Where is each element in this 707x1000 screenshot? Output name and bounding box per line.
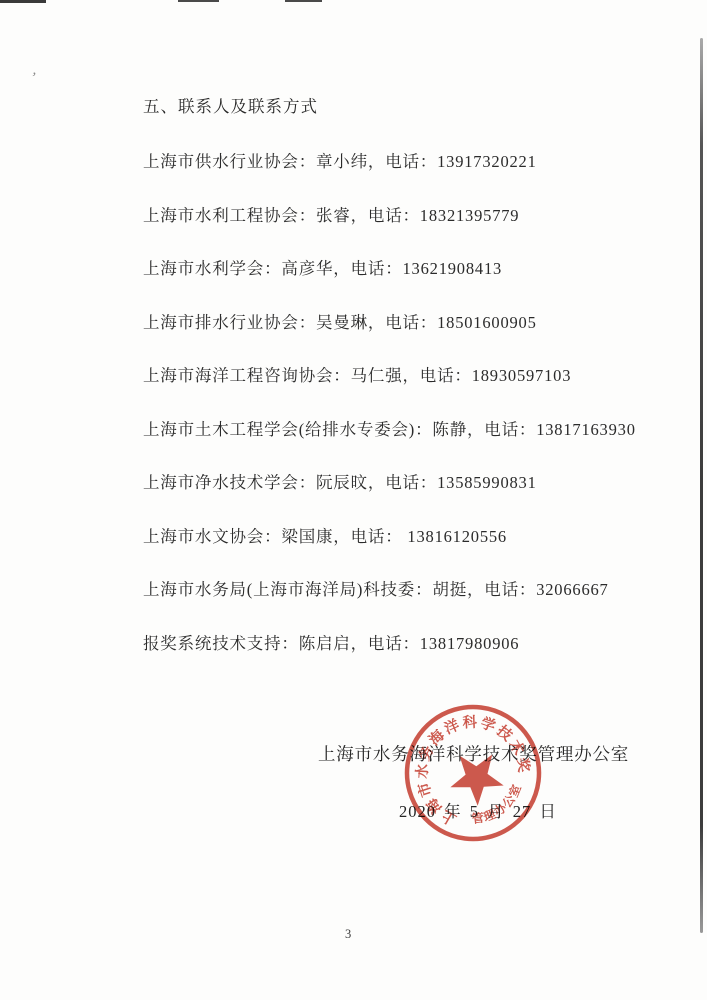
contact-line: 报奖系统技术支持：陈启启，电话：13817980906 xyxy=(143,633,636,687)
scan-artifact-top-middle xyxy=(178,0,219,2)
document-page: , 五、联系人及联系方式 上海市供水行业协会：章小纬，电话：1391732022… xyxy=(0,0,707,1000)
contact-text: 上海市水务局(上海市海洋局)科技委：胡挺，电话：32066667 xyxy=(143,580,609,599)
page-number: 3 xyxy=(345,927,351,942)
seal-ring xyxy=(380,680,565,865)
official-seal-stamp: 上海市水务海洋科学技术奖 管理办公室 xyxy=(361,661,586,886)
contact-line: 上海市水利学会：高彦华，电话：13621908413 xyxy=(143,258,636,312)
contact-text: 报奖系统技术支持：陈启启，电话：13817980906 xyxy=(143,634,519,653)
contact-line: 上海市水文协会：梁国康，电话： 13816120556 xyxy=(143,526,636,580)
contact-list: 上海市供水行业协会：章小纬，电话：13917320221 上海市水利工程协会：张… xyxy=(143,151,636,686)
contact-line: 上海市海洋工程咨询协会：马仁强，电话：18930597103 xyxy=(143,365,636,419)
contact-line: 上海市净水技术学会：阮辰旼，电话：13585990831 xyxy=(143,472,636,526)
signature-date: 2020 年 5 月 27 日 xyxy=(399,798,557,822)
contact-text: 上海市净水技术学会：阮辰旼，电话：13585990831 xyxy=(143,473,537,492)
contact-line: 上海市土木工程学会(给排水专委会)：陈静，电话：13817163930 xyxy=(143,419,636,473)
contact-line: 上海市供水行业协会：章小纬，电话：13917320221 xyxy=(143,151,636,205)
contact-text: 上海市土木工程学会(给排水专委会)：陈静，电话：13817163930 xyxy=(143,420,636,439)
contact-line: 上海市水务局(上海市海洋局)科技委：胡挺，电话：32066667 xyxy=(143,579,636,633)
contact-line: 上海市水利工程协会：张睿，电话：18321395779 xyxy=(143,205,636,259)
contact-text: 上海市水利工程协会：张睿，电话：18321395779 xyxy=(143,206,519,225)
section-heading: 五、联系人及联系方式 xyxy=(143,93,318,117)
stray-ink-mark: , xyxy=(32,62,38,79)
scan-artifact-top-right xyxy=(285,0,322,2)
contact-line: 上海市排水行业协会：吴曼琳，电话：18501600905 xyxy=(143,312,636,366)
scan-artifact-top-left xyxy=(0,0,46,3)
contact-text: 上海市海洋工程咨询协会：马仁强，电话：18930597103 xyxy=(143,366,571,385)
contact-text: 上海市水利学会：高彦华，电话：13621908413 xyxy=(143,259,502,278)
scan-artifact-right-edge xyxy=(700,38,703,933)
contact-text: 上海市水文协会：梁国康，电话： 13816120556 xyxy=(143,527,507,546)
signature-office: 上海市水务海洋科学技术奖管理办公室 xyxy=(318,741,629,766)
contact-text: 上海市供水行业协会：章小纬，电话：13917320221 xyxy=(143,152,537,171)
contact-text: 上海市排水行业协会：吴曼琳，电话：18501600905 xyxy=(143,313,537,332)
